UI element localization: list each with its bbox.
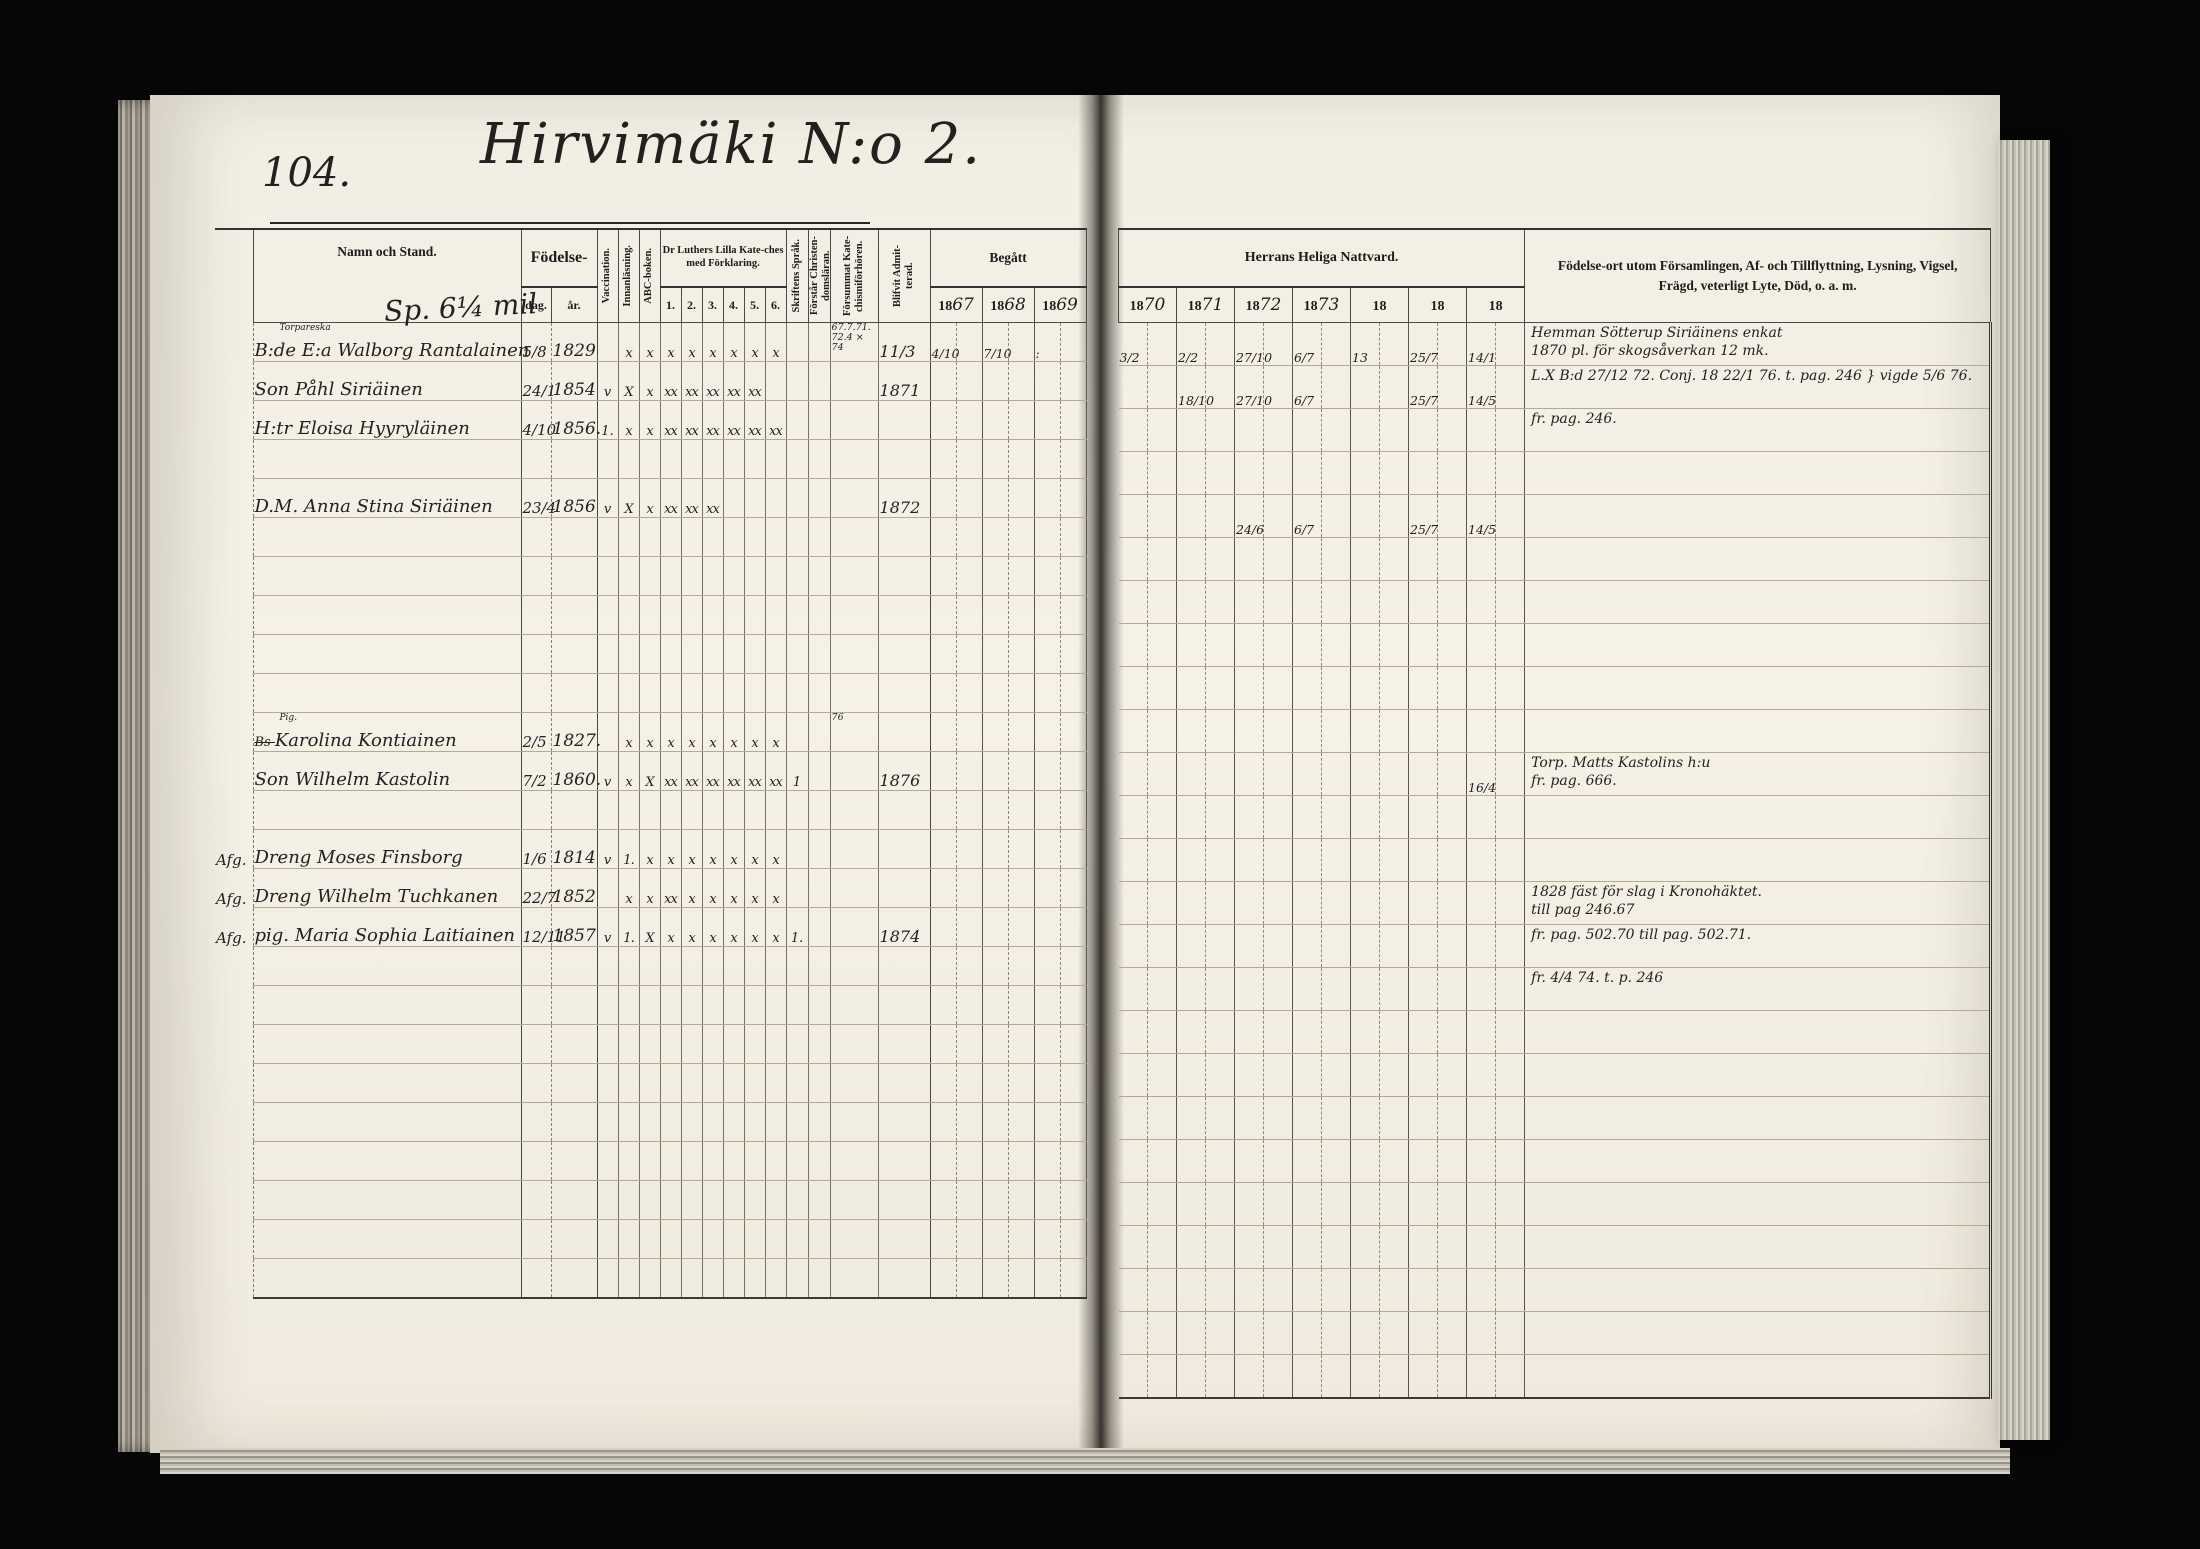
- catechism-mark: x: [660, 908, 681, 947]
- struck-text: Bs: [255, 735, 275, 750]
- understands-mark: [808, 518, 830, 557]
- table-row: [1119, 1226, 1991, 1269]
- catechism-mark: 1.: [618, 908, 639, 947]
- name-cell: Pig.Bs Karolina Kontiainen: [253, 713, 521, 752]
- understands-mark: [808, 1181, 830, 1220]
- name-cell: Dreng Moses Finsborg: [253, 830, 521, 869]
- vaccination-mark: [597, 1064, 618, 1103]
- catechism-mark: [660, 1025, 681, 1064]
- catechism-mark: [660, 518, 681, 557]
- margin-note: [215, 479, 253, 518]
- communion-date: [930, 908, 956, 947]
- communion-date-sub: [1206, 323, 1235, 366]
- catechism-mark: x: [723, 323, 744, 362]
- communion-date: 25/7: [1409, 495, 1438, 538]
- birth-year: 1827.: [551, 713, 597, 752]
- communion-date-sub: [1438, 452, 1467, 495]
- communion-date-sub: [1322, 581, 1351, 624]
- communion-date-sub: [1060, 986, 1086, 1025]
- communion-date: [1235, 925, 1264, 968]
- communion-date: [1409, 1011, 1438, 1054]
- catechism-mark: [660, 947, 681, 986]
- communion-date-sub: [956, 908, 982, 947]
- understands-mark: [808, 752, 830, 791]
- catechism-mark: x: [618, 752, 639, 791]
- person-name: D.M. Anna Stina Siriäinen: [255, 496, 493, 517]
- vaccination-mark: v: [597, 908, 618, 947]
- margin-note: [215, 596, 253, 635]
- catechism-mark: x: [618, 323, 639, 362]
- communion-date-sub: [1008, 518, 1034, 557]
- communion-date-sub: [1380, 366, 1409, 409]
- script-mark: [786, 1142, 808, 1181]
- communion-date-sub: [1060, 869, 1086, 908]
- birth-day: [521, 1025, 551, 1064]
- catechism-mark: X: [639, 752, 660, 791]
- person-name: pig. Maria Sophia Laitiainen: [255, 925, 515, 946]
- script-mark: 1.: [786, 908, 808, 947]
- birth-day: 22/7: [521, 869, 551, 908]
- understands-mark: [808, 635, 830, 674]
- notes-cell: [1525, 1355, 1991, 1399]
- communion-date: 6/7: [1293, 323, 1322, 366]
- birth-year: [551, 596, 597, 635]
- vaccination-mark: [597, 596, 618, 635]
- communion-date: [1034, 986, 1060, 1025]
- neglected-note: [830, 1220, 878, 1259]
- communion-date: [1235, 409, 1264, 452]
- script-mark: 1: [786, 752, 808, 791]
- script-mark: [786, 1064, 808, 1103]
- communion-date: [982, 1025, 1008, 1064]
- notes-cell: [1525, 495, 1991, 538]
- table-row: [1119, 1054, 1991, 1097]
- margin-note: [215, 1181, 253, 1220]
- communion-date: [1119, 667, 1148, 710]
- catechism-mark: [618, 1142, 639, 1181]
- person-name: Son Wilhelm Kastolin: [255, 769, 451, 790]
- communion-date: [1351, 1140, 1380, 1183]
- communion-date-sub: [1380, 1140, 1409, 1183]
- name-cell: [253, 947, 521, 986]
- communion-date: [982, 518, 1008, 557]
- neglected-header: Försummat Kate-chismiförhören.: [830, 229, 878, 323]
- communion-date: [1467, 1183, 1496, 1226]
- table-row: [215, 947, 1086, 986]
- communion-date-sub: [1264, 495, 1293, 538]
- notes-cell: [1525, 796, 1991, 839]
- catechism-mark: [744, 1142, 765, 1181]
- communion-date: [1409, 1140, 1438, 1183]
- communion-date: [982, 908, 1008, 947]
- communion-date: [1409, 710, 1438, 753]
- catechism-mark: xx: [723, 362, 744, 401]
- communion-date-sub: [1438, 839, 1467, 882]
- communion-date-sub: [1060, 635, 1086, 674]
- vaccination-mark: [597, 518, 618, 557]
- understands-mark: [808, 1103, 830, 1142]
- communion-date: [1235, 1355, 1264, 1399]
- communion-date-sub: [1496, 409, 1525, 452]
- communion-date: 14/1: [1467, 323, 1496, 366]
- catechism-mark: [618, 674, 639, 713]
- catechism-mark: [660, 986, 681, 1025]
- vaccination-mark: [597, 1259, 618, 1299]
- communion-date-sub: [1206, 1183, 1235, 1226]
- communion-date: [982, 401, 1008, 440]
- communion-date-sub: [1322, 968, 1351, 1011]
- catechism-mark: [702, 440, 723, 479]
- communion-date-sub: [956, 947, 982, 986]
- margin-note: [215, 1142, 253, 1181]
- communion-date: [1467, 538, 1496, 581]
- notes-cell: [1525, 710, 1991, 753]
- communion-date: [1034, 1064, 1060, 1103]
- communion-date-sub: [1264, 839, 1293, 882]
- communion-date-sub: [1380, 1312, 1409, 1355]
- vaccination-mark: v: [597, 830, 618, 869]
- communion-date: [930, 830, 956, 869]
- script-mark: [786, 1181, 808, 1220]
- admitted-year: [878, 440, 930, 479]
- notes-cell: [1525, 1226, 1991, 1269]
- communion-date-sub: [956, 1025, 982, 1064]
- birth-day: [521, 947, 551, 986]
- communion-date: [1467, 968, 1496, 1011]
- communion-date: [1351, 839, 1380, 882]
- birth-year: [551, 1259, 597, 1299]
- communion-date-sub: [1438, 1097, 1467, 1140]
- catechism-mark: x: [681, 713, 702, 752]
- right-table: Herrans Heliga Nattvard. Födelse-ort uto…: [1118, 228, 1992, 1399]
- notes-cell: [1525, 538, 1991, 581]
- catechism-mark: x: [618, 713, 639, 752]
- table-row: fr. pag. 246.: [1119, 409, 1991, 452]
- communion-date-sub: [1206, 624, 1235, 667]
- margin-note: [215, 752, 253, 791]
- catechism-mark: [681, 518, 702, 557]
- table-row: [1119, 624, 1991, 667]
- communion-date: [930, 362, 956, 401]
- birth-day: [521, 1064, 551, 1103]
- communion-date-sub: [1380, 1226, 1409, 1269]
- catechism-mark: [765, 635, 786, 674]
- catechism-mark: [618, 1259, 639, 1299]
- communion-date: [1235, 796, 1264, 839]
- communion-date-sub: [1380, 925, 1409, 968]
- catechism-mark: [702, 947, 723, 986]
- communion-date-sub: [1008, 1259, 1034, 1299]
- communion-date: 27/10: [1235, 366, 1264, 409]
- communion-date: [1293, 1312, 1322, 1355]
- understands-mark: [808, 596, 830, 635]
- communion-date: [1177, 968, 1206, 1011]
- communion-date-sub: [1206, 667, 1235, 710]
- communion-date: [1034, 440, 1060, 479]
- script-mark: [786, 518, 808, 557]
- birth-day: [521, 1181, 551, 1220]
- catechism-mark: xx: [723, 752, 744, 791]
- communion-date: [1351, 1312, 1380, 1355]
- catechism-mark: xx: [765, 752, 786, 791]
- catechism-mark: [765, 1064, 786, 1103]
- catechism-mark: X: [618, 362, 639, 401]
- script-mark: [786, 440, 808, 479]
- communion-date-sub: [1322, 624, 1351, 667]
- catechism-mark: x: [744, 323, 765, 362]
- communion-date-sub: [1206, 538, 1235, 581]
- table-row: [1119, 667, 1991, 710]
- catechism-mark: x: [723, 830, 744, 869]
- communion-date: [1235, 1312, 1264, 1355]
- birth-year: [551, 635, 597, 674]
- communion-date: 25/7: [1409, 323, 1438, 366]
- admitted-year: [878, 674, 930, 713]
- communion-date-sub: [1008, 1103, 1034, 1142]
- vaccination-mark: [597, 1142, 618, 1181]
- communion-date: [1293, 538, 1322, 581]
- catechism-mark: xx: [660, 479, 681, 518]
- communion-date: [982, 1142, 1008, 1181]
- birth-year: [551, 791, 597, 830]
- communion-date: [1409, 839, 1438, 882]
- communion-date: 3/2: [1119, 323, 1148, 366]
- notes-cell: [1525, 1312, 1991, 1355]
- name-header-label: Namn och Stand.: [337, 244, 436, 259]
- communion-date: [930, 713, 956, 752]
- catechism-mark: x: [765, 713, 786, 752]
- admitted-year: [878, 1181, 930, 1220]
- catechism-mark: [744, 1025, 765, 1064]
- name-cell: [253, 1259, 521, 1299]
- notes-cell: [1525, 1183, 1991, 1226]
- year-header: 18: [1351, 287, 1409, 323]
- page-title: Hirvimäki N:o 2.: [480, 112, 982, 177]
- admitted-year: [878, 1103, 930, 1142]
- notes-cell: Torp. Matts Kastolins h:u fr. pag. 666.: [1525, 753, 1991, 796]
- year-header: 1868: [982, 287, 1034, 323]
- communion-date-sub: [1060, 1220, 1086, 1259]
- table-row: 1828 fäst för slag i Kronohäktet. till p…: [1119, 882, 1991, 925]
- birth-year: 1854: [551, 362, 597, 401]
- year-header: 1867: [930, 287, 982, 323]
- communion-date-sub: [1008, 674, 1034, 713]
- communion-date-sub: [1060, 752, 1086, 791]
- birth-header: Födelse-: [521, 229, 597, 287]
- understands-mark: [808, 1259, 830, 1299]
- catechism-mark: [618, 1181, 639, 1220]
- understands-mark: [808, 791, 830, 830]
- communion-date: [930, 518, 956, 557]
- birth-day: [521, 518, 551, 557]
- name-cell: [253, 1142, 521, 1181]
- communion-date: [1235, 667, 1264, 710]
- communion-date-sub: [1148, 710, 1177, 753]
- communion-date-sub: [1496, 1355, 1525, 1399]
- communion-date-sub: [1380, 409, 1409, 452]
- communion-date: [1293, 710, 1322, 753]
- communion-date-sub: [1322, 925, 1351, 968]
- communion-date-sub: [1380, 538, 1409, 581]
- table-row: [215, 674, 1086, 713]
- catechism-mark: [765, 1025, 786, 1064]
- catechism-mark: xx: [681, 479, 702, 518]
- catechism-mark: [660, 596, 681, 635]
- title-underline: [270, 222, 870, 224]
- catechism-mark: x: [744, 830, 765, 869]
- communion-date-sub: [956, 791, 982, 830]
- communion-date-sub: [1380, 796, 1409, 839]
- communion-date-sub: [1008, 791, 1034, 830]
- catechism-mark: [618, 440, 639, 479]
- neglected-note: [830, 362, 878, 401]
- catechism-mark: [660, 440, 681, 479]
- communion-date: [1034, 557, 1060, 596]
- communion-date-sub: [1148, 323, 1177, 366]
- communion-date-sub: [1322, 1054, 1351, 1097]
- communion-date-sub: [1206, 1140, 1235, 1183]
- communion-date: [1235, 710, 1264, 753]
- year-header: 1869: [1034, 287, 1086, 323]
- person-name: Son Påhl Siriäinen: [255, 379, 423, 400]
- communion-date: 6/7: [1293, 495, 1322, 538]
- communion-date-sub: [1206, 1355, 1235, 1399]
- communion-date-sub: [1008, 635, 1034, 674]
- communion-date-sub: [1322, 1312, 1351, 1355]
- name-cell: D.M. Anna Stina Siriäinen: [253, 479, 521, 518]
- catechism-mark: [681, 1220, 702, 1259]
- neglected-note: [830, 947, 878, 986]
- catechism-mark: [702, 1181, 723, 1220]
- table-row: Afg.Dreng Wilhelm Tuchkanen22/71852xxxxx…: [215, 869, 1086, 908]
- communion-date-sub: [1438, 1011, 1467, 1054]
- vaccination-mark: [597, 1220, 618, 1259]
- communion-date: [1034, 1103, 1060, 1142]
- understands-mark: [808, 1142, 830, 1181]
- catechism-mark: [639, 986, 660, 1025]
- communion-date-sub: [1380, 710, 1409, 753]
- name-cell: Dreng Wilhelm Tuchkanen: [253, 869, 521, 908]
- birth-year: [551, 1025, 597, 1064]
- neglected-note: 67.7.71. 72.4 × 74: [830, 323, 878, 362]
- catechism-mark: [723, 479, 744, 518]
- communion-date-sub: [1322, 710, 1351, 753]
- catechism-mark: [765, 1259, 786, 1299]
- communion-date: [1034, 674, 1060, 713]
- communion-date: [930, 1220, 956, 1259]
- table-row: [1119, 581, 1991, 624]
- birth-year: [551, 1064, 597, 1103]
- communion-date-sub: [1496, 968, 1525, 1011]
- table-row: [215, 635, 1086, 674]
- catechism-mark: [765, 362, 786, 401]
- name-cell: [253, 1064, 521, 1103]
- communion-date: [1177, 1011, 1206, 1054]
- script-mark: [786, 869, 808, 908]
- catechism-mark: x: [639, 713, 660, 752]
- communion-date-sub: [1322, 366, 1351, 409]
- neglected-note: [830, 518, 878, 557]
- communion-date: [1351, 1226, 1380, 1269]
- communion-date: [1235, 1183, 1264, 1226]
- communion-date-sub: [1060, 401, 1086, 440]
- table-row: [1119, 538, 1991, 581]
- communion-date-sub: [956, 830, 982, 869]
- script-mark: [786, 1220, 808, 1259]
- communion-date-sub: [1322, 409, 1351, 452]
- margin-note: [215, 791, 253, 830]
- admitted-year: [878, 947, 930, 986]
- communion-date: [1177, 581, 1206, 624]
- catechism-mark: x: [723, 908, 744, 947]
- admitted-year: [878, 830, 930, 869]
- table-row: [215, 1220, 1086, 1259]
- communion-date-sub: [1264, 1097, 1293, 1140]
- catechism-mark: [723, 1103, 744, 1142]
- birth-year: [551, 557, 597, 596]
- communion-date-sub: [1438, 366, 1467, 409]
- table-row: H:tr Eloisa Hyyryläinen4/101856.1.xxxxxx…: [215, 401, 1086, 440]
- communion-date: [982, 947, 1008, 986]
- catechism-mark: [639, 674, 660, 713]
- table-row: [215, 440, 1086, 479]
- catechism-mark: x: [765, 908, 786, 947]
- script-mark: [786, 401, 808, 440]
- catechism-mark: [744, 1259, 765, 1299]
- catechism-mark: [723, 674, 744, 713]
- catechism-mark: [702, 791, 723, 830]
- catechism-mark: [660, 1181, 681, 1220]
- catechism-mark: [681, 596, 702, 635]
- birth-day: [521, 635, 551, 674]
- vaccination-mark: [597, 1025, 618, 1064]
- communion-header: Herrans Heliga Nattvard.: [1119, 229, 1525, 287]
- name-cell: H:tr Eloisa Hyyryläinen: [253, 401, 521, 440]
- communion-date: [930, 596, 956, 635]
- communion-date-sub: [1206, 1226, 1235, 1269]
- catechism-header: Dr Luthers Lilla Kate-ches med Förklarin…: [660, 229, 786, 287]
- communion-date-sub: [1060, 791, 1086, 830]
- admitted-year: [878, 1220, 930, 1259]
- margin-note: [215, 401, 253, 440]
- name-cell: [253, 1181, 521, 1220]
- catechism-mark: x: [639, 869, 660, 908]
- catechism-mark: [660, 791, 681, 830]
- script-mark: [786, 479, 808, 518]
- communion-date-sub: [1496, 710, 1525, 753]
- neglected-note: [830, 1103, 878, 1142]
- script-header: Skriftens Språk.: [786, 229, 808, 323]
- table-row: [215, 557, 1086, 596]
- communion-date: [1409, 1097, 1438, 1140]
- communion-date-sub: [956, 557, 982, 596]
- catechism-mark: x: [681, 908, 702, 947]
- birth-year: [551, 440, 597, 479]
- margin-note: [215, 947, 253, 986]
- table-row: [215, 986, 1086, 1025]
- birth-day: [521, 791, 551, 830]
- communion-date-sub: [1322, 1097, 1351, 1140]
- communion-date-sub: [1380, 753, 1409, 796]
- script-mark: [786, 635, 808, 674]
- name-cell: pig. Maria Sophia Laitiainen: [253, 908, 521, 947]
- birth-day: [521, 440, 551, 479]
- communion-date-sub: [956, 986, 982, 1025]
- name-cell: TorpareskaB:de E:a Walborg Rantalainen: [253, 323, 521, 362]
- communion-date: [1119, 495, 1148, 538]
- communion-date-sub: [1438, 710, 1467, 753]
- catechism-mark: [702, 1103, 723, 1142]
